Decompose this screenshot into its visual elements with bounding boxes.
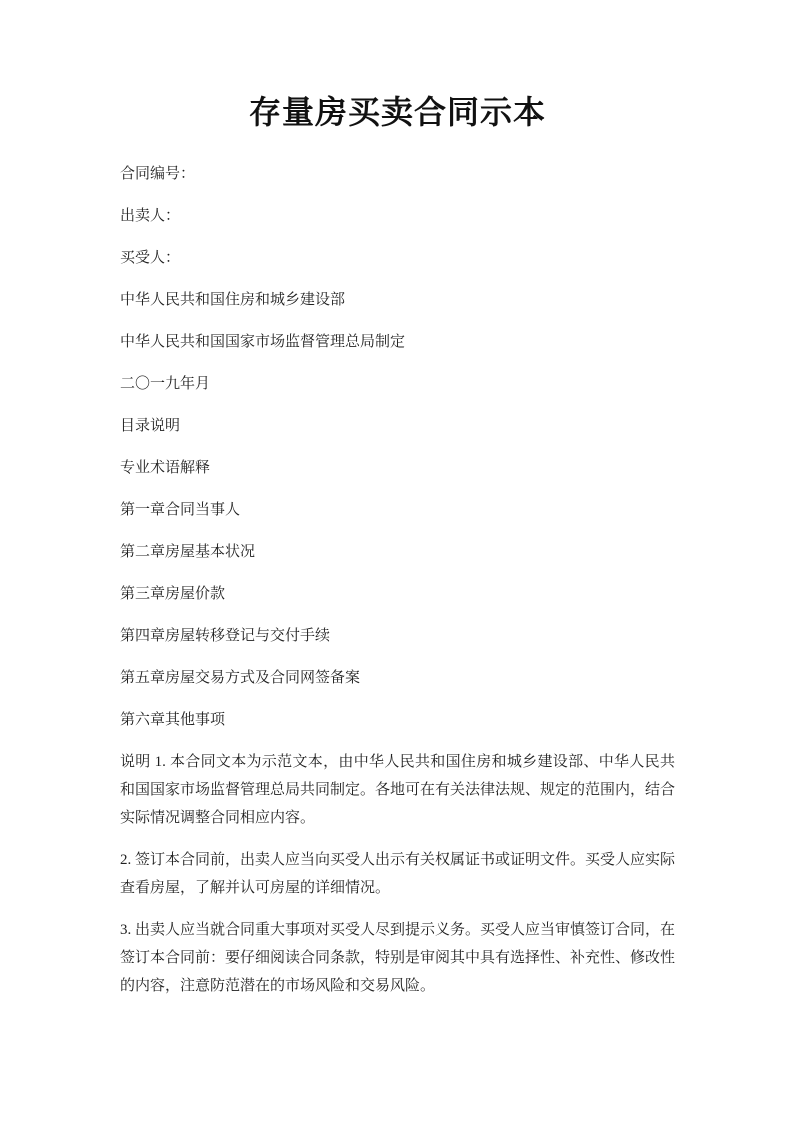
- toc-heading: 目录说明: [120, 412, 675, 440]
- document-title: 存量房买卖合同示本: [120, 92, 675, 132]
- note-paragraph-2: 2. 签订本合同前，出卖人应当向买受人出示有关权属证书或证明文件。买受人应实际查…: [120, 846, 675, 902]
- seller-line: 出卖人：: [120, 202, 675, 230]
- toc-item-chapter-4: 第四章房屋转移登记与交付手续: [120, 622, 675, 650]
- date-line: 二〇一九年月: [120, 370, 675, 398]
- buyer-line: 买受人：: [120, 244, 675, 272]
- contract-number-line: 合同编号：: [120, 160, 675, 188]
- toc-item-chapter-2: 第二章房屋基本状况: [120, 538, 675, 566]
- toc-item-chapter-6: 第六章其他事项: [120, 706, 675, 734]
- drafting-administration-line: 中华人民共和国国家市场监督管理总局制定: [120, 328, 675, 356]
- toc-item-terms: 专业术语解释: [120, 454, 675, 482]
- contract-document-page: 存量房买卖合同示本 合同编号： 出卖人： 买受人： 中华人民共和国住房和城乡建设…: [0, 0, 793, 1122]
- toc-item-chapter-3: 第三章房屋价款: [120, 580, 675, 608]
- toc-item-chapter-1: 第一章合同当事人: [120, 496, 675, 524]
- drafting-ministry-line: 中华人民共和国住房和城乡建设部: [120, 286, 675, 314]
- toc-item-chapter-5: 第五章房屋交易方式及合同网签备案: [120, 664, 675, 692]
- note-paragraph-3: 3. 出卖人应当就合同重大事项对买受人尽到提示义务。买受人应当审慎签订合同，在签…: [120, 916, 675, 1000]
- note-paragraph-1: 说明 1. 本合同文本为示范文本，由中华人民共和国住房和城乡建设部、中华人民共和…: [120, 748, 675, 832]
